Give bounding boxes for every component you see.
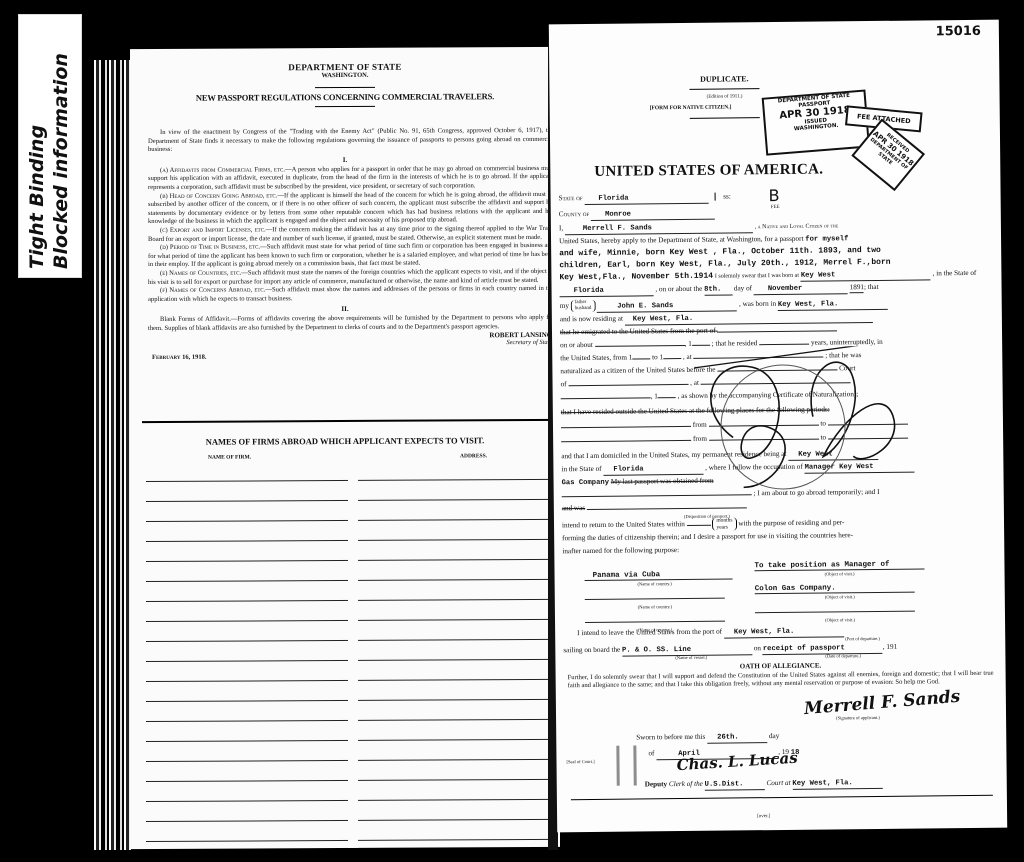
firms-table-title: NAMES OF FIRMS ABROAD WHICH APPLICANT EX… bbox=[130, 435, 560, 447]
form-type-label: [FORM FOR NATIVE CITIZEN.] bbox=[650, 104, 732, 111]
country-field-3 bbox=[585, 611, 725, 623]
regulations-body: In view of the enactment by Congress of … bbox=[130, 127, 560, 362]
regulations-date: February 16, 1918. bbox=[130, 352, 560, 361]
father-name-field: John E. Sands bbox=[597, 301, 737, 312]
father-birthplace-field: Key West, Fla. bbox=[778, 299, 888, 310]
cancellation-scribble-icon bbox=[692, 346, 904, 498]
emigrated-line: that he emigrated to the United States f… bbox=[560, 324, 992, 338]
paragraph-f: (f) Names of Concerns Abroad, etc.—Such … bbox=[130, 285, 560, 304]
sworn-day-field: 26th. bbox=[707, 733, 767, 744]
months-option: months bbox=[716, 517, 732, 524]
birth-state-field: Florida bbox=[560, 286, 654, 297]
vessel-line: sailing on board the P. & O. SS. Line on… bbox=[563, 642, 995, 658]
page-bottom-rule bbox=[571, 795, 993, 800]
county-field: Monroe bbox=[591, 210, 715, 221]
county-line: County of Monroe bbox=[559, 206, 991, 222]
duplicate-label: DUPLICATE. bbox=[669, 74, 779, 84]
section-one-numeral: I. bbox=[130, 155, 560, 165]
over-label: [over.] bbox=[757, 814, 770, 819]
state-line: State of Florida ss: bbox=[559, 190, 991, 206]
object-field-3 bbox=[755, 601, 915, 614]
book-binding bbox=[92, 60, 132, 850]
divider bbox=[315, 87, 375, 88]
years-option: years bbox=[716, 524, 732, 531]
departure-port-field: Key West, Fla. bbox=[724, 627, 844, 638]
state-field: Florida bbox=[584, 194, 708, 205]
family-line-3: children, Earl, born Key West, Fla., Jul… bbox=[559, 257, 991, 271]
divider bbox=[690, 117, 760, 119]
birth-year-field: 1891 bbox=[850, 283, 864, 293]
court-location-field: Key West, Fla. bbox=[792, 779, 882, 790]
family-line-2: and wife, Minnie, born Key West , Fla., … bbox=[559, 245, 991, 259]
object-field-1: To take position as Manager of bbox=[754, 560, 924, 571]
country-field-1: Panama via Cuba bbox=[585, 570, 733, 581]
paragraph-a: (a) Affidavits from Commercial Firms, et… bbox=[130, 165, 560, 193]
file-number: 15016 bbox=[936, 24, 981, 39]
departure-date-field: receipt of passport bbox=[763, 644, 883, 655]
note-line-1: Tight Binding bbox=[25, 23, 49, 269]
blocked-info-note: Tight Binding Blocked information bbox=[18, 14, 82, 278]
domicile-state-field: Florida bbox=[603, 465, 703, 476]
note-line-2: Blocked information bbox=[49, 23, 73, 269]
court-seal-label: [Seal of Court.] bbox=[566, 759, 594, 764]
birth-month-field: November bbox=[754, 284, 848, 295]
divider bbox=[315, 106, 375, 107]
signer-title: Secretary of State. bbox=[130, 339, 560, 348]
right-page: 15016 DUPLICATE. (Edition of 1911.) [FOR… bbox=[549, 20, 1007, 833]
left-page: DEPARTMENT OF STATE WASHINGTON. NEW PASS… bbox=[130, 47, 560, 849]
section-divider bbox=[142, 419, 560, 423]
clerk-line: Deputy Clerk of the U.S.Dist. Court at K… bbox=[645, 777, 997, 792]
paragraph-e: (e) Names of Countries, etc.—Such affida… bbox=[130, 268, 560, 287]
firms-col-name: NAME OF FIRM. bbox=[208, 454, 251, 460]
country-field-2 bbox=[585, 588, 725, 600]
birth-date-line: Florida , on or about the 8th. day of No… bbox=[560, 282, 992, 298]
applicant-name-field: Merrell F. Sands bbox=[565, 223, 753, 235]
washington-heading: WASHINGTON. bbox=[130, 71, 560, 80]
intro-paragraph: In view of the enactment by Congress of … bbox=[130, 127, 560, 155]
residing-field: Key West, Fla. bbox=[625, 313, 873, 326]
document-heading: UNITED STATES OF AMERICA. bbox=[594, 162, 823, 181]
firms-col-address: ADDRESS. bbox=[460, 453, 487, 459]
occupation-field-cont: Gas Company bbox=[562, 479, 610, 487]
disposition-line: and was bbox=[562, 500, 994, 514]
father-line: my father husband John E. Sands , was bo… bbox=[560, 296, 992, 313]
court-name-field: U.S.Dist. bbox=[705, 780, 765, 791]
divider bbox=[689, 88, 759, 90]
section-two-numeral: II. bbox=[130, 304, 560, 314]
husband-option: husband bbox=[575, 306, 592, 312]
birthplace-field: Key West bbox=[801, 270, 931, 281]
objects-list: To take position as Manager of (Object o… bbox=[754, 552, 925, 623]
applicant-signature: Merrell F. Sands bbox=[803, 687, 961, 719]
firms-table bbox=[130, 467, 560, 849]
court-seal-mark bbox=[616, 746, 636, 786]
blank-forms-paragraph: Blank Forms of Affidavit.—Forms of affid… bbox=[130, 314, 560, 333]
paragraph-c: (c) Export and Import Licenses, etc.—If … bbox=[130, 225, 560, 244]
oath-text: Further, I do solemnly swear that I will… bbox=[568, 670, 994, 690]
edition-label: (Edition of 1911.) bbox=[680, 94, 770, 100]
sworn-line: Sworn to before me this 26th. day bbox=[636, 730, 996, 745]
object-field-2: Colon Gas Company. bbox=[755, 584, 915, 595]
countries-list: Panama via Cuba (Name of country.) (Name… bbox=[584, 563, 725, 633]
paragraph-d: (d) Period of Time in Business, etc.—Suc… bbox=[130, 242, 560, 270]
regulations-title: NEW PASSPORT REGULATIONS CONCERNING COMM… bbox=[130, 91, 560, 103]
paragraph-b: (b) Head of Concern Going Abroad, etc.—I… bbox=[130, 190, 560, 227]
column-gap bbox=[348, 468, 358, 848]
forming-line: forming the duties of citizenship therei… bbox=[562, 530, 994, 544]
birth-day-field: 8th. bbox=[704, 285, 732, 295]
regulations-header: DEPARTMENT OF STATE WASHINGTON. NEW PASS… bbox=[130, 61, 560, 116]
